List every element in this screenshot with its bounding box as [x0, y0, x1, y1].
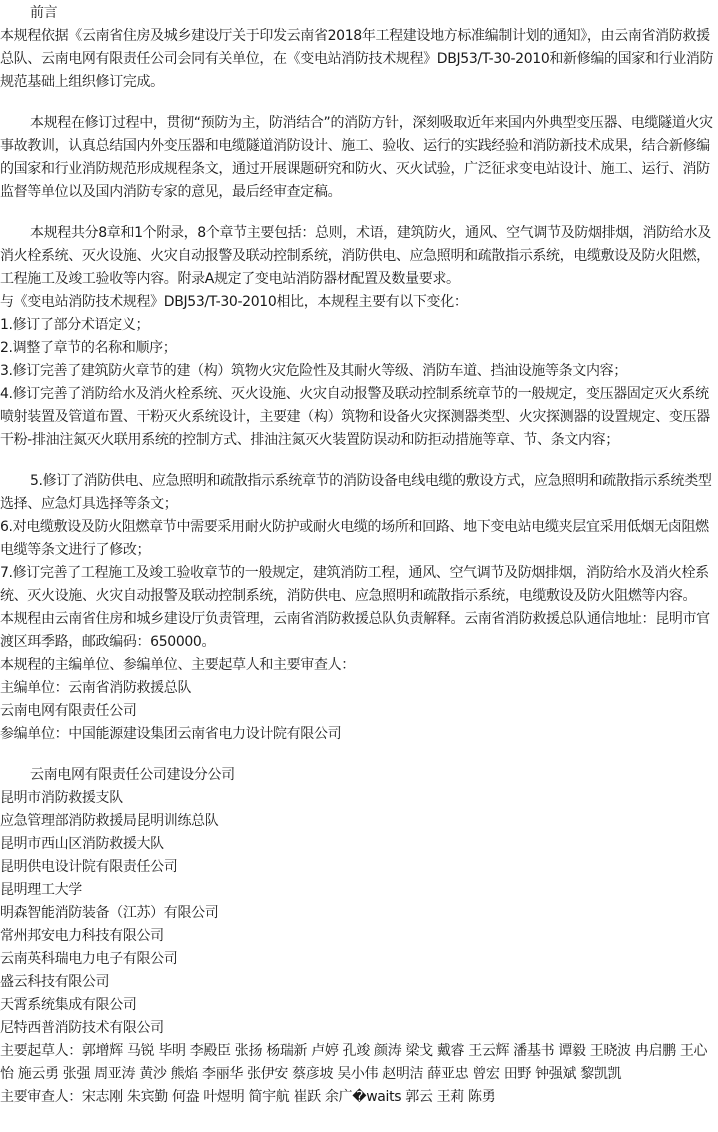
chief-units: 主编单位：云南省消防救援总队	[0, 677, 716, 700]
participating-unit: 天霄系统集成有限公司	[0, 994, 716, 1017]
participating-unit: 云南电网有限责任公司建设分公司	[0, 764, 716, 787]
change-item-4: 4.修订完善了消防给水及消火栓系统、灭火设施、火灾自动报警及联动控制系统章节的一…	[0, 383, 716, 452]
change-item-7: 7.修订完善了工程施工及竣工验收章节的一般规定，建筑消防工程，通风、空气调节及防…	[0, 562, 716, 608]
participating-units: 参编单位：中国能源建设集团云南省电力设计院有限公司	[0, 723, 716, 746]
participating-unit: 昆明市西山区消防救援大队	[0, 833, 716, 856]
participating-unit: 明森智能消防装备（江苏）有限公司	[0, 902, 716, 925]
paragraph-basis: 本规程依据《云南省住房及城乡建设厅关于印发云南省2018年工程建设地方标准编制计…	[0, 25, 716, 94]
units-intro: 本规程的主编单位、参编单位、主要起草人和主要审查人：	[0, 654, 716, 677]
chief-units-extra: 云南电网有限责任公司	[0, 700, 716, 723]
change-item-6: 6.对电缆敷设及防火阻燃章节中需要采用耐火防护或耐火电缆的场所和回路、地下变电站…	[0, 516, 716, 562]
paragraph-gap	[0, 204, 716, 222]
paragraph-gap	[0, 746, 716, 764]
participating-unit: 尼特西普消防技术有限公司	[0, 1017, 716, 1040]
change-item-2: 2.调整了章节的名称和顺序；	[0, 337, 716, 360]
participating-unit: 应急管理部消防救援局昆明训练总队	[0, 810, 716, 833]
participating-unit: 常州邦安电力科技有限公司	[0, 925, 716, 948]
paragraph-gap	[0, 452, 716, 470]
paragraph-gap	[0, 94, 716, 112]
document-body: 前言 本规程依据《云南省住房及城乡建设厅关于印发云南省2018年工程建设地方标准…	[0, 0, 718, 1109]
change-item-1: 1.修订了部分术语定义；	[0, 314, 716, 337]
change-item-5: 5.修订了消防供电、应急照明和疏散指示系统章节的消防设备电线电缆的敷设方式，应急…	[0, 470, 716, 516]
document-title: 前言	[0, 2, 716, 25]
change-item-3: 3.修订完善了建筑防火章节的建（构）筑物火灾危险性及其耐火等级、消防车道、挡油设…	[0, 360, 716, 383]
participating-unit: 昆明供电设计院有限责任公司	[0, 856, 716, 879]
participating-unit: 盛云科技有限公司	[0, 971, 716, 994]
participating-unit: 云南英科瑞电力电子有限公司	[0, 948, 716, 971]
changes-intro: 与《变电站消防技术规程》DBJ53/T-30-2010相比，本规程主要有以下变化…	[0, 291, 716, 314]
paragraph-management: 本规程由云南省住房和城乡建设厅负责管理，云南省消防救援总队负责解释。云南省消防救…	[0, 608, 716, 654]
main-drafters: 主要起草人：郭增辉 马锐 毕明 李殿臣 张扬 杨瑞新 卢婷 孔竣 颜涛 梁戈 戴…	[0, 1040, 716, 1086]
participating-unit: 昆明市消防救援支队	[0, 787, 716, 810]
paragraph-process: 本规程在修订过程中，贯彻“预防为主，防消结合”的消防方针，深刻吸取近年来国内外典…	[0, 112, 716, 204]
main-reviewers: 主要审查人：宋志刚 朱宾勤 何盎 叶煜明 简宇航 崔跃 余广�waits 郭云 …	[0, 1086, 716, 1109]
paragraph-structure: 本规程共分8章和1个附录，8个章节主要包括：总则，术语，建筑防火，通风、空气调节…	[0, 222, 716, 291]
participating-unit: 昆明理工大学	[0, 879, 716, 902]
